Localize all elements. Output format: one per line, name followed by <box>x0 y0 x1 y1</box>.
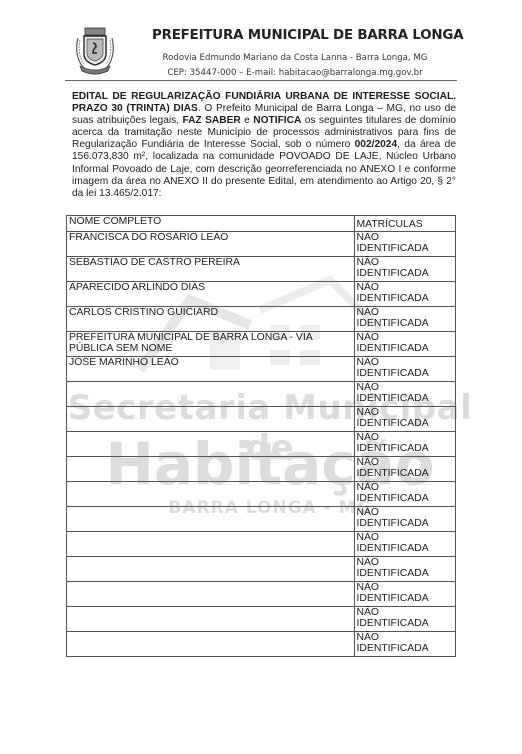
owner-name-cell <box>67 406 355 431</box>
table-row: APARECIDO ARLINDO DIASNÃO IDENTIFICADA <box>67 281 456 306</box>
matricula-cell: NÃO IDENTIFICADA <box>354 456 456 481</box>
table-row: CARLOS CRISTINO GUICIARDNÃO IDENTIFICADA <box>67 306 456 331</box>
owner-name-cell <box>67 381 355 406</box>
table-header-row: NOME COMPLETO MATRÍCULAS <box>67 216 456 232</box>
matricula-cell: NÃO IDENTIFICADA <box>354 631 456 656</box>
owner-name-cell <box>67 556 355 581</box>
table-row: FRANCISCA DO ROSÁRIO LEÃONÃO IDENTIFICAD… <box>67 231 456 256</box>
header-title: PREFEITURA MUNICIPAL DE BARRA LONGA <box>152 28 463 43</box>
owner-name-cell <box>67 631 355 656</box>
table-row: NÃO IDENTIFICADA <box>67 606 456 631</box>
letterhead: PREFEITURA MUNICIPAL DE BARRA LONGA Rodo… <box>0 0 522 82</box>
owner-name-cell <box>67 481 355 506</box>
column-header-matriculas: MATRÍCULAS <box>354 216 456 232</box>
header-address: Rodovia Edmundo Mariano da Costa Lanna -… <box>152 53 438 63</box>
table-row: PREFEITURA MUNICIPAL DE BARRA LONGA - VI… <box>67 331 456 356</box>
matricula-cell: NÃO IDENTIFICADA <box>354 281 456 306</box>
owner-name-cell: CARLOS CRISTINO GUICIARD <box>67 306 355 331</box>
matricula-cell: NÃO IDENTIFICADA <box>354 331 456 356</box>
table-row: NÃO IDENTIFICADA <box>67 506 456 531</box>
column-header-name: NOME COMPLETO <box>67 216 355 232</box>
owner-name-cell <box>67 431 355 456</box>
owner-name-cell: SEBASTIAO DE CASTRO PEREIRA <box>67 256 355 281</box>
matricula-cell: NÃO IDENTIFICADA <box>354 231 456 256</box>
table-row: NÃO IDENTIFICADA <box>67 431 456 456</box>
table-row: NÃO IDENTIFICADA <box>67 631 456 656</box>
notice-number: 002/2024 <box>355 139 398 150</box>
table-row: NÃO IDENTIFICADA <box>67 456 456 481</box>
matricula-cell: NÃO IDENTIFICADA <box>354 306 456 331</box>
table-row: NÃO IDENTIFICADA <box>67 556 456 581</box>
table-row: NÃO IDENTIFICADA <box>67 481 456 506</box>
table-row: JÓSE MARINHO LEÃONÃO IDENTIFICADA <box>67 356 456 381</box>
matricula-cell: NÃO IDENTIFICADA <box>354 506 456 531</box>
header-divider <box>65 80 457 81</box>
matricula-cell: NÃO IDENTIFICADA <box>354 381 456 406</box>
matricula-cell: NÃO IDENTIFICADA <box>354 606 456 631</box>
notice-text-e: e <box>241 115 253 126</box>
matricula-cell: NÃO IDENTIFICADA <box>354 556 456 581</box>
owner-name-cell: JÓSE MARINHO LEÃO <box>67 356 355 381</box>
matricula-cell: NÃO IDENTIFICADA <box>354 431 456 456</box>
municipal-coat-of-arms-icon <box>70 24 120 76</box>
notice-paragraph: EDITAL DE REGULARIZAÇÃO FUNDIÁRIA URBANA… <box>72 91 456 200</box>
owner-name-cell: APARECIDO ARLINDO DIAS <box>67 281 355 306</box>
header-contact: CEP: 35447-000 – E-mail: habitacao@barra… <box>152 68 438 78</box>
matricula-cell: NÃO IDENTIFICADA <box>354 581 456 606</box>
table-row: NÃO IDENTIFICADA <box>67 381 456 406</box>
matricula-cell: NÃO IDENTIFICADA <box>354 531 456 556</box>
owner-name-cell <box>67 581 355 606</box>
table-row: NÃO IDENTIFICADA <box>67 406 456 431</box>
matricula-cell: NÃO IDENTIFICADA <box>354 406 456 431</box>
matricula-cell: NÃO IDENTIFICADA <box>354 356 456 381</box>
matricula-cell: NÃO IDENTIFICADA <box>354 256 456 281</box>
owner-name-cell: PREFEITURA MUNICIPAL DE BARRA LONGA - VI… <box>67 331 355 356</box>
owner-name-cell <box>67 531 355 556</box>
owners-table: NOME COMPLETO MATRÍCULAS FRANCISCA DO RO… <box>66 215 456 657</box>
notice-notifica: NOTIFICA <box>253 115 301 126</box>
matricula-cell: NÃO IDENTIFICADA <box>354 481 456 506</box>
owner-name-cell <box>67 506 355 531</box>
owner-name-cell: FRANCISCA DO ROSÁRIO LEÃO <box>67 231 355 256</box>
owner-name-cell <box>67 606 355 631</box>
table-row: NÃO IDENTIFICADA <box>67 581 456 606</box>
table-row: SEBASTIAO DE CASTRO PEREIRANÃO IDENTIFIC… <box>67 256 456 281</box>
owner-name-cell <box>67 456 355 481</box>
table-row: NÃO IDENTIFICADA <box>67 531 456 556</box>
notice-faz-saber: FAZ SABER <box>182 115 240 126</box>
